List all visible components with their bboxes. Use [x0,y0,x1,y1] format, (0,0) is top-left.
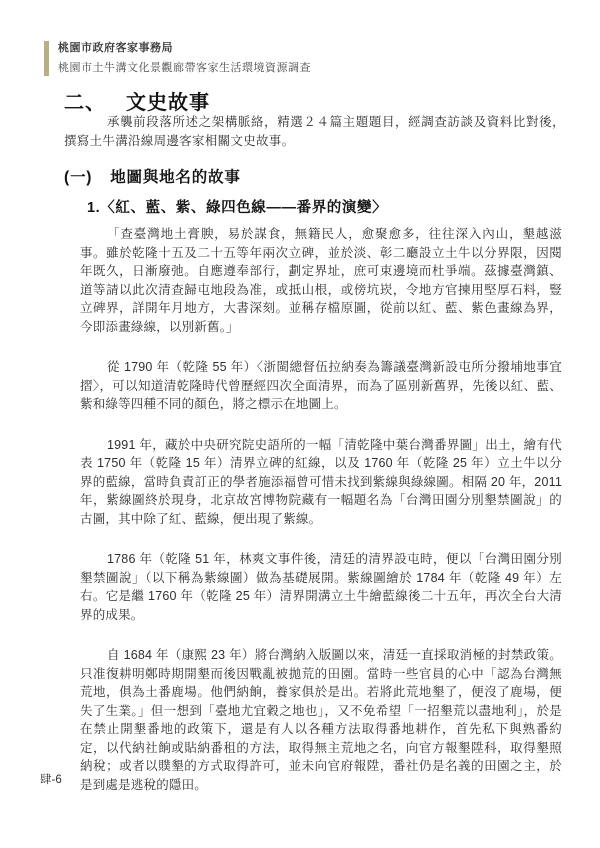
header-text-block: 桃園市政府客家事務局 桃園市土牛溝文化景觀廊帶客家生活環境資源調查 [58,41,311,76]
paragraph-1684-policy: 自 1684 年（康熙 23 年）將台灣納入版圖以來，清廷一直採取消極的封禁政策… [80,646,562,794]
chapter-number: 二、 [64,92,106,114]
section-title: 地圖與地名的故事 [110,169,240,186]
paragraph-1786-purple-line: 1786 年（乾隆 51 年，林爽文事件後，清廷的清界設屯時，便以「台灣田園分別… [80,550,562,624]
chapter-intro-paragraph: 承襲前段落所述之架構脈絡，精選２４篇主題題目，經調查訪談及資料比對後，撰寫土牛溝… [64,113,565,150]
header-accent-bar [44,41,49,76]
document-footer: 肆-6 [40,770,62,788]
paragraph-1991-map-discovery: 1991 年，藏於中央研究院史語所的一幅「清乾隆中葉台灣番界圖」出土，繪有代表 … [80,436,562,529]
paragraph-quote-decree: 「查臺灣地土膏腴，易於謀食，無籍民人，愈聚愈多，往往深入內山，墾越滋事。雖於乾隆… [80,225,562,336]
document-header: 桃園市政府客家事務局 桃園市土牛溝文化景觀廊帶客家生活環境資源調查 [44,41,311,76]
article-heading: 1.〈紅、藍、紫、綠四色線——番界的演變〉 [87,196,387,217]
header-agency: 桃園市政府客家事務局 [58,41,311,56]
article-body: 「查臺灣地土膏腴，易於謀食，無籍民人，愈聚愈多，往往深入內山，墾越滋事。雖於乾隆… [80,225,562,816]
section-heading: (一)地圖與地名的故事 [64,165,241,187]
chapter-title: 文史故事 [126,92,210,114]
chapter-heading: 二、文史故事 [64,86,210,115]
header-project: 桃園市土牛溝文化景觀廊帶客家生活環境資源調查 [58,61,311,76]
page-number: 肆-6 [40,774,62,786]
paragraph-1790-memorial: 從 1790 年（乾隆 55 年）〈浙閩總督伍拉納奏為籌議臺灣新設屯所分撥埔地事… [80,358,562,414]
section-number: (一) [64,169,92,186]
document-page: 桃園市政府客家事務局 桃園市土牛溝文化景觀廊帶客家生活環境資源調查 二、文史故事… [0,0,600,848]
